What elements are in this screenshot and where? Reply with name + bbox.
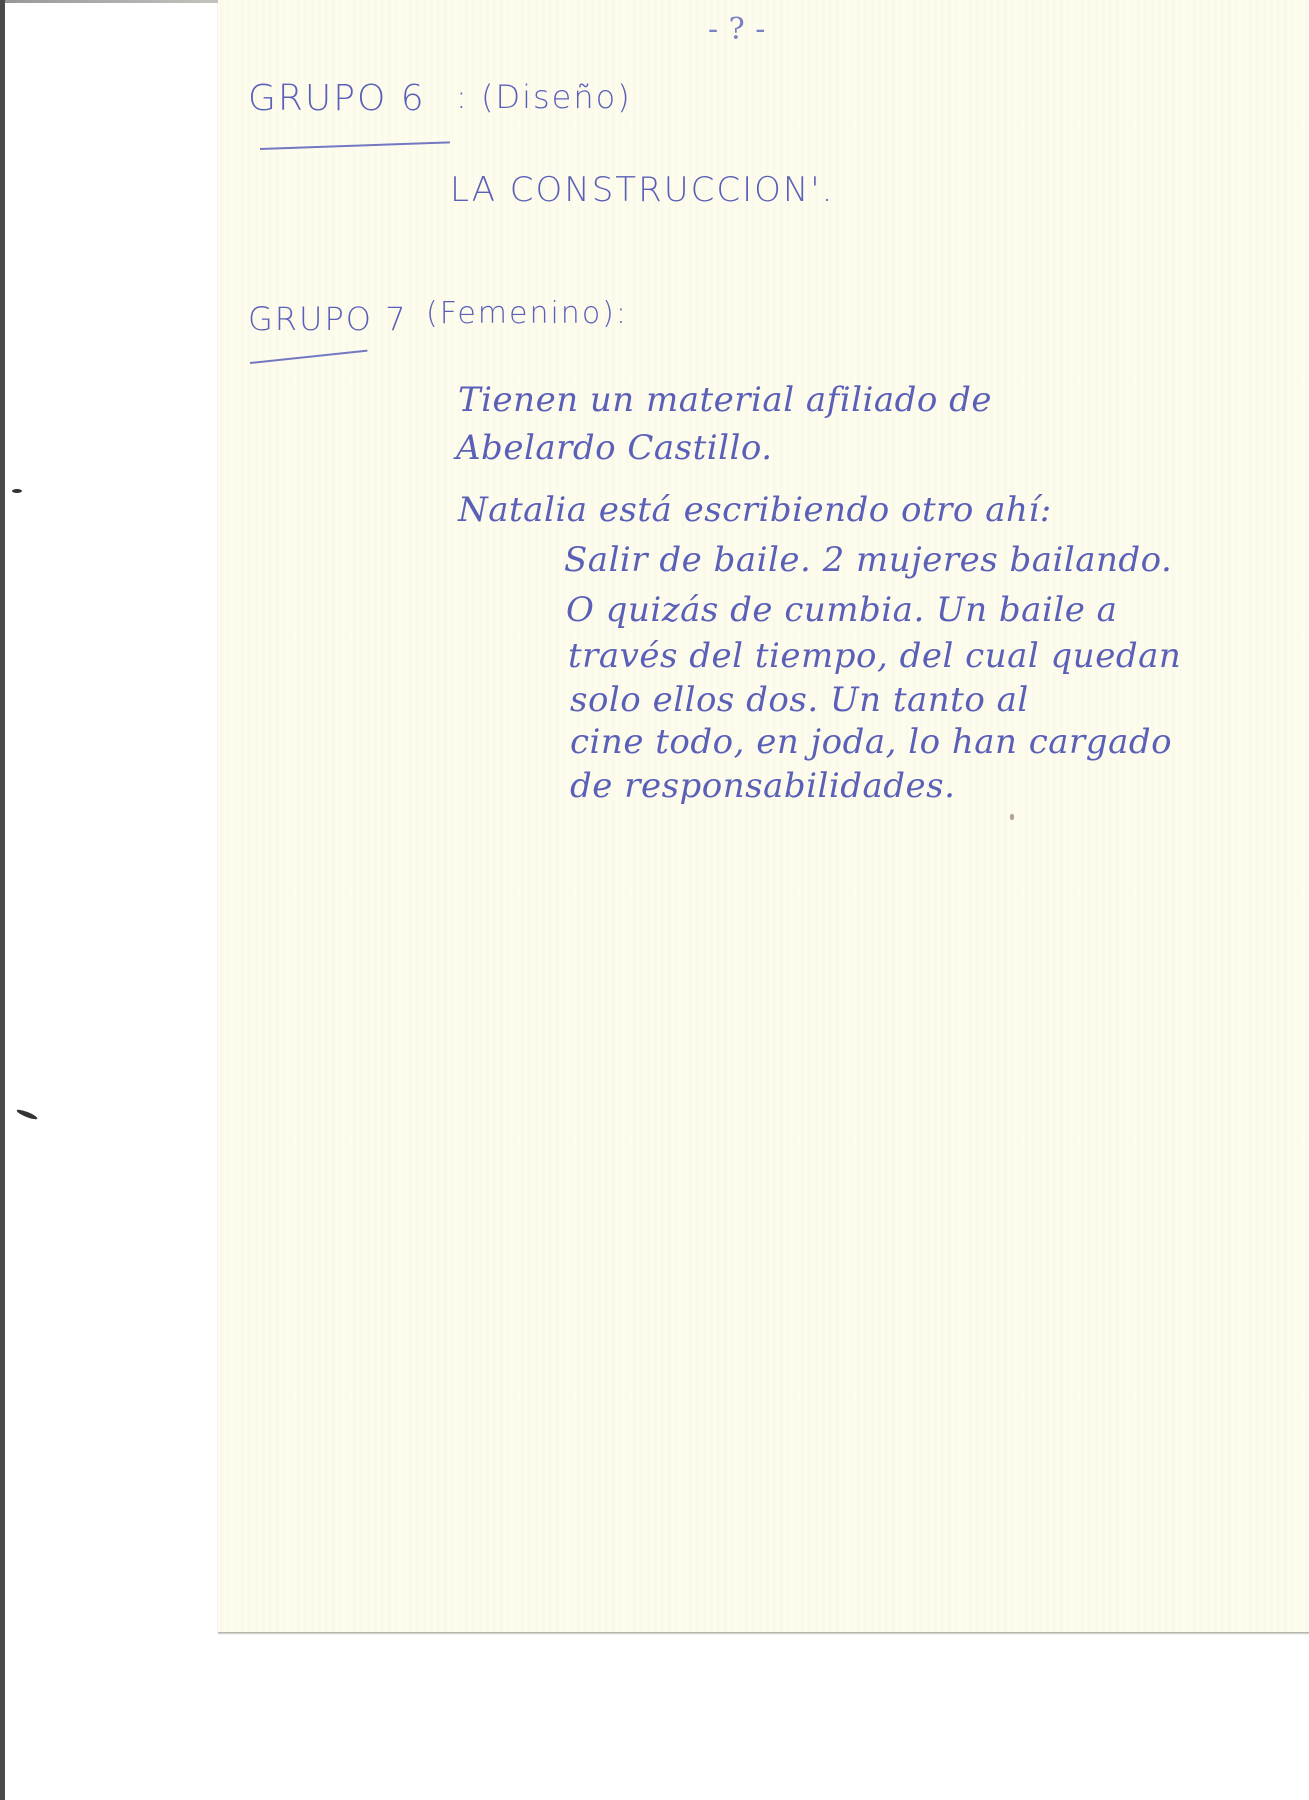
paper-speck	[1010, 814, 1014, 820]
margin-mark	[12, 489, 22, 493]
body-line: Abelardo Castillo.	[456, 428, 773, 468]
body-line: Tienen un material afiliado de	[458, 380, 992, 420]
body-line: Natalia está escribiendo otro ahí:	[458, 490, 1052, 530]
body-line: de responsabilidades.	[570, 766, 955, 806]
body-line: Salir de baile. 2 mujeres bailando.	[564, 540, 1172, 580]
heading-underline	[260, 141, 450, 150]
section-subtitle: (Femenino):	[426, 296, 628, 331]
section-heading: GRUPO 7	[248, 300, 407, 338]
page-marker: - ? -	[708, 12, 766, 47]
margin-mark	[16, 1108, 38, 1121]
scan-left-edge	[0, 0, 5, 1800]
section-subtitle: : (Diseño)	[456, 78, 632, 116]
body-line: cine todo, en joda, lo han cargado	[570, 722, 1172, 762]
section-line: LA CONSTRUCCION'.	[450, 170, 834, 210]
body-line: solo ellos dos. Un tanto al	[570, 680, 1029, 720]
paper-sheet: - ? - GRUPO 6 : (Diseño) LA CONSTRUCCION…	[218, 0, 1309, 1633]
section-heading: GRUPO 6	[248, 78, 426, 119]
heading-underline	[250, 350, 368, 364]
body-line: través del tiempo, del cual quedan	[568, 636, 1181, 676]
body-line: O quizás de cumbia. Un baile a	[566, 590, 1117, 630]
